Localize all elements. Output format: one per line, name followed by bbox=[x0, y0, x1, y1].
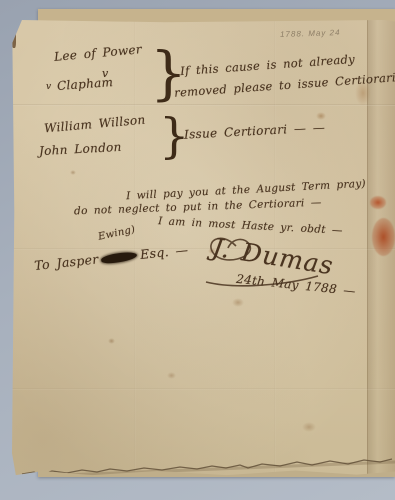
instruction-line: Issue Certiorari — — bbox=[184, 120, 326, 141]
wax-seal-stain bbox=[370, 196, 386, 209]
party-name-defendant: Clapham bbox=[57, 75, 114, 93]
wax-seal-stain bbox=[372, 218, 395, 256]
scribble-strikeout bbox=[101, 250, 138, 265]
torn-edge bbox=[12, 438, 395, 478]
inserted-name: Ewing) bbox=[97, 224, 136, 243]
manuscript-photo: 1788. May 24 Lee of Power v v Clapham } … bbox=[0, 0, 395, 500]
pencil-date-annotation: 1788. May 24 bbox=[280, 28, 341, 39]
stain bbox=[108, 338, 115, 344]
body-line: do not neglect to put in the Certiorari … bbox=[74, 197, 322, 218]
address-line: To JasperEsq. — bbox=[34, 242, 189, 273]
stain bbox=[70, 170, 76, 175]
paper-sheet: 1788. May 24 Lee of Power v v Clapham } … bbox=[12, 20, 395, 476]
party-name-plaintiff: Lee of Power bbox=[54, 42, 143, 64]
party-name-defendant: John London bbox=[39, 140, 122, 158]
party-name-plaintiff: William Willson bbox=[44, 113, 146, 136]
fold-crease bbox=[12, 104, 395, 106]
fold-crease bbox=[12, 388, 395, 390]
address-suffix: Esq. — bbox=[139, 242, 189, 262]
check-mark: v bbox=[46, 82, 51, 92]
stain bbox=[316, 112, 326, 120]
ink-mark bbox=[12, 30, 16, 48]
stain bbox=[167, 372, 176, 379]
address-to: To Jasper bbox=[34, 251, 100, 273]
stain bbox=[302, 422, 316, 432]
stain bbox=[232, 298, 244, 307]
